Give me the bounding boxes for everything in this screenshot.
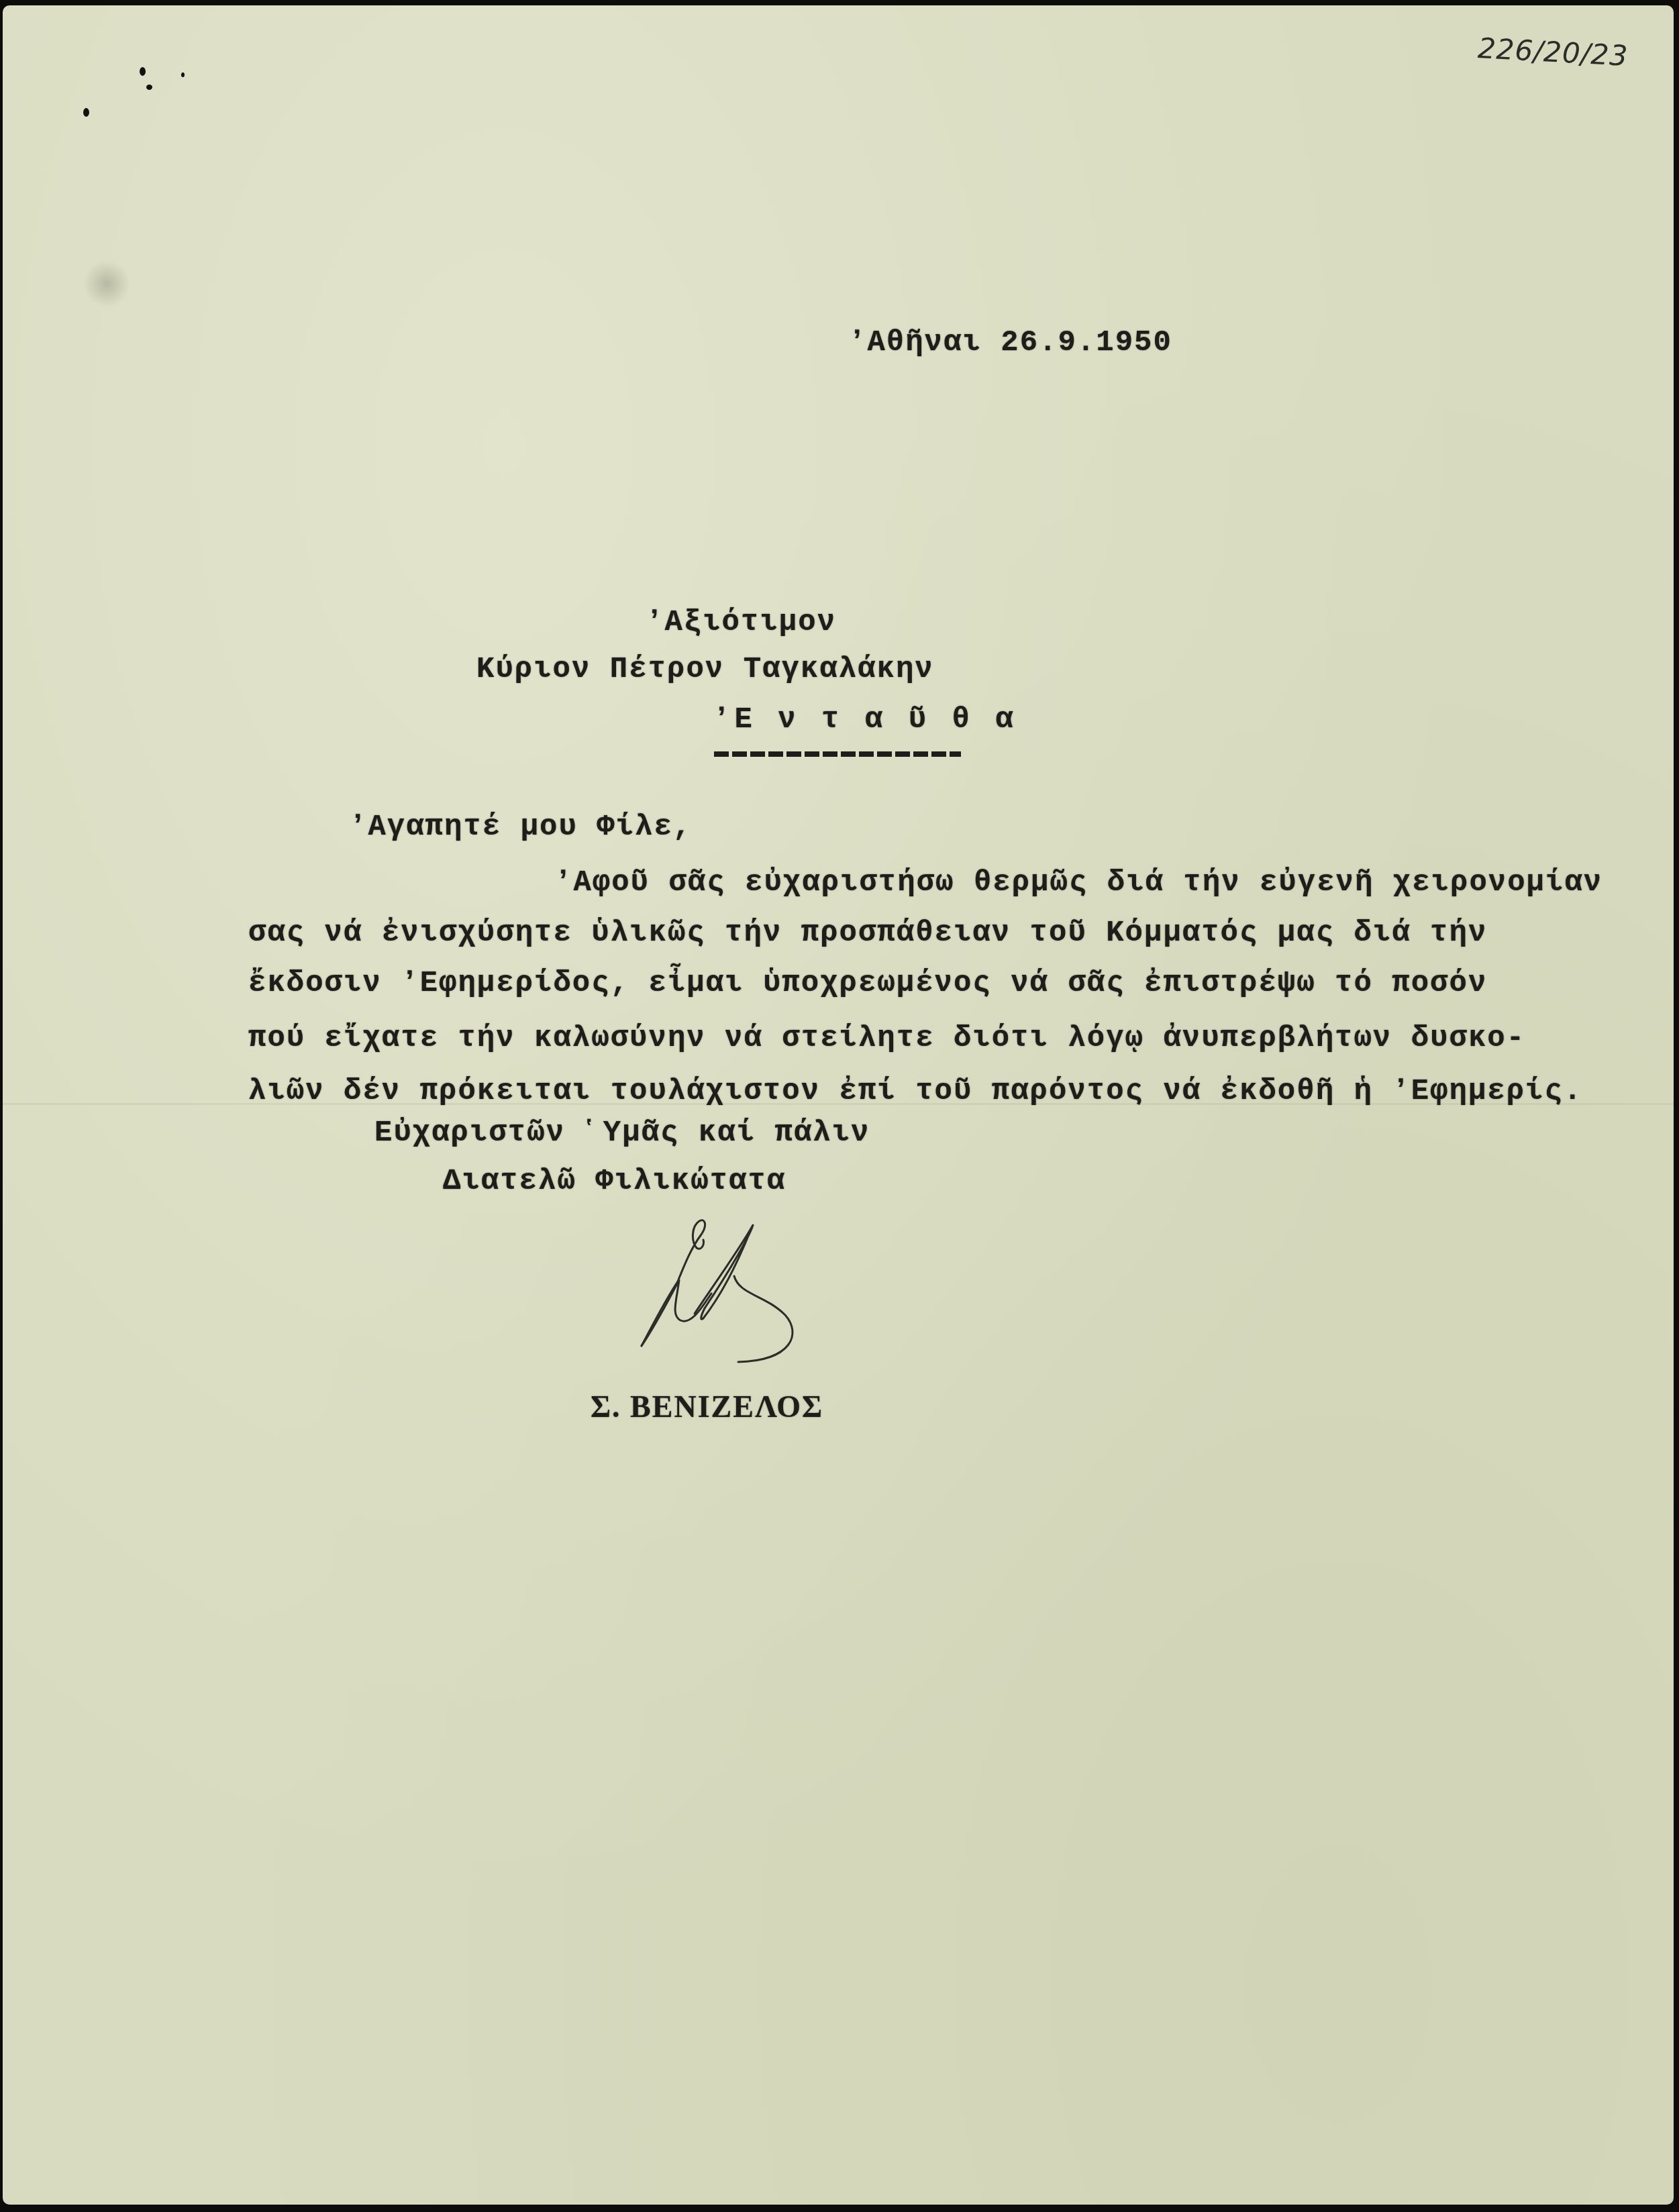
body-line: λιῶν δέν πρόκειται τουλάχιστον ἐπί τοῦ π… xyxy=(248,1075,1582,1108)
signatory-name: Σ. ΒΕΝΙΖΕΛΟΣ xyxy=(591,1389,823,1424)
addressee-location: ʼΕ ν τ α ῦ θ α xyxy=(713,703,1017,737)
pin-hole xyxy=(83,108,89,117)
pin-hole xyxy=(140,67,146,76)
addressee-title: ʼΑξιότιμον xyxy=(646,606,836,639)
ink-smudge xyxy=(83,260,130,307)
letter-paper: 226/20/23 ʼΑθῆναι 26.9.1950 ʼΑξιότιμον Κ… xyxy=(3,5,1674,2205)
pin-hole xyxy=(181,72,185,77)
place-date: ʼΑθῆναι 26.9.1950 xyxy=(848,326,1172,360)
addressee-underline xyxy=(714,751,961,757)
salutation: ʼΑγαπητέ μου Φίλε, xyxy=(349,810,692,844)
archive-reference-number: 226/20/23 xyxy=(1477,32,1629,72)
handwritten-signature xyxy=(638,1214,839,1382)
body-line: ἔκδοσιν ʼΕφημερίδος, εἶμαι ὑποχρεωμένος … xyxy=(248,967,1487,1000)
closing-thanks: Εὐχαριστῶν ῾Υμᾶς καί πάλιν xyxy=(374,1116,870,1150)
body-line: πού εἴχατε τήν καλωσύνην νά στείλητε διό… xyxy=(248,1022,1525,1055)
body-line: ʼΑφοῦ σᾶς εὐχαριστήσω θερμῶς διά τήν εὐγ… xyxy=(554,866,1602,900)
pin-hole xyxy=(146,85,152,90)
addressee-name: Κύριον Πέτρον Ταγκαλάκην xyxy=(476,653,934,686)
closing-regards: Διατελῶ Φιλικώτατα xyxy=(443,1165,786,1198)
body-line: σας νά ἐνισχύσητε ὑλικῶς τήν προσπάθειαν… xyxy=(248,916,1487,950)
